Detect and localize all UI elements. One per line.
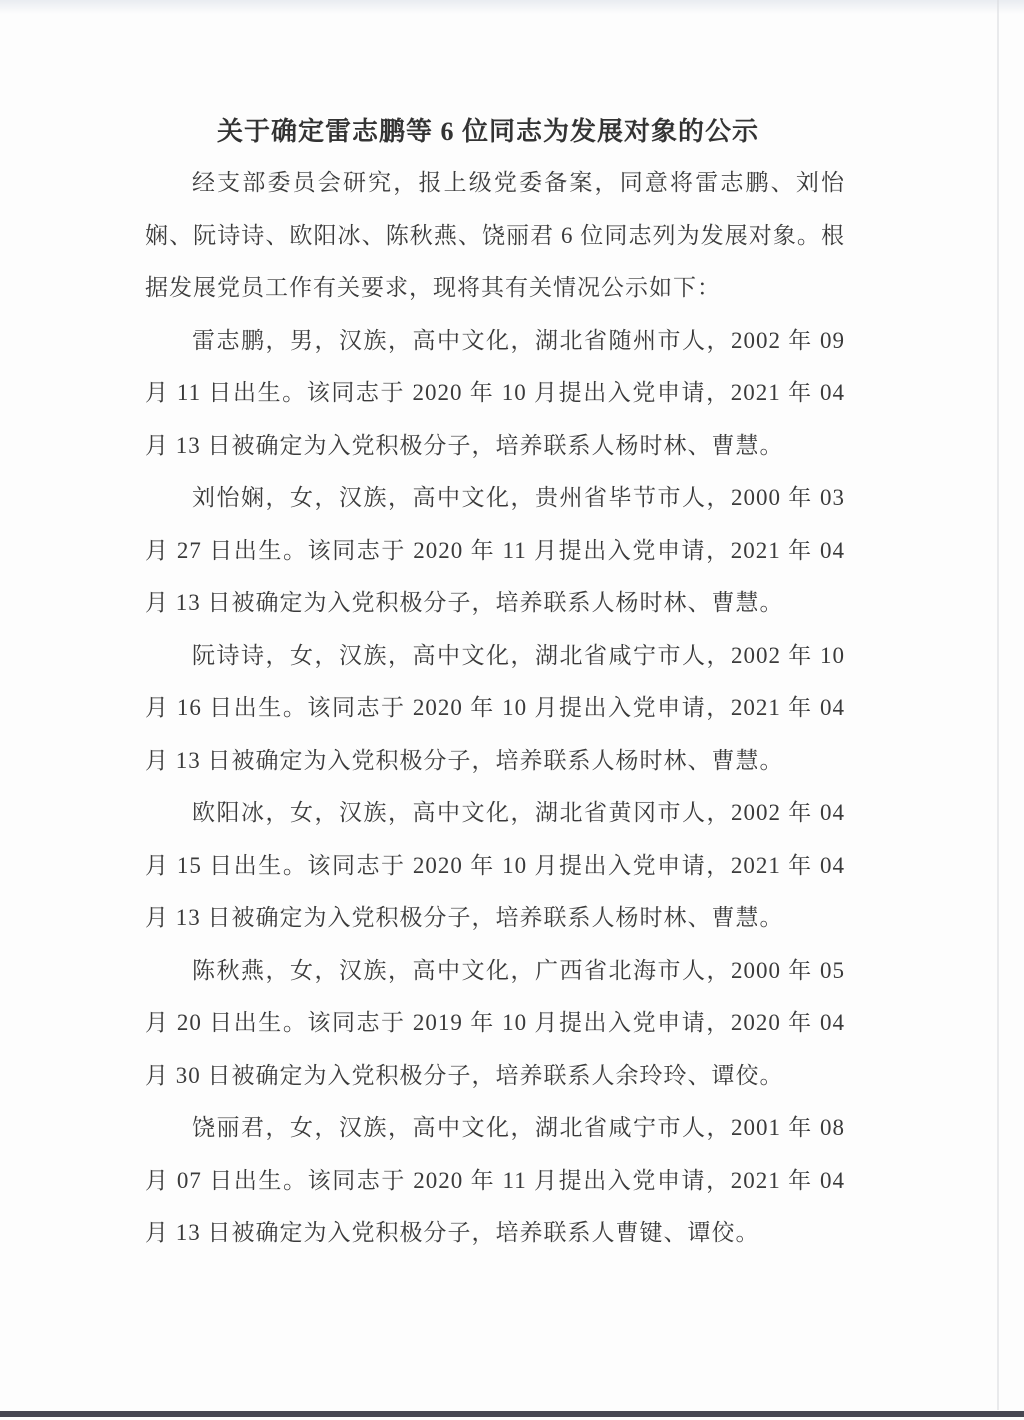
document-title: 关于确定雷志鹏等 6 位同志为发展对象的公示	[145, 116, 831, 148]
person-paragraph-5: 陈秋燕，女，汉族，高中文化，广西省北海市人，2000 年 05 月 20 日出生…	[145, 945, 845, 1103]
person-paragraph-4: 欧阳冰，女，汉族，高中文化，湖北省黄冈市人，2002 年 04 月 15 日出生…	[145, 787, 845, 945]
person-paragraph-6: 饶丽君，女，汉族，高中文化，湖北省咸宁市人，2001 年 08 月 07 日出生…	[145, 1102, 845, 1260]
scan-bottom-edge	[0, 1411, 1024, 1417]
document-body: 关于确定雷志鹏等 6 位同志为发展对象的公示 经支部委员会研究，报上级党委备案，…	[145, 116, 845, 1260]
person-paragraph-2: 刘怡娴，女，汉族，高中文化，贵州省毕节市人，2000 年 03 月 27 日出生…	[145, 472, 845, 630]
person-paragraph-1: 雷志鹏，男，汉族，高中文化，湖北省随州市人，2002 年 09 月 11 日出生…	[145, 315, 845, 473]
scanned-document-page: 关于确定雷志鹏等 6 位同志为发展对象的公示 经支部委员会研究，报上级党委备案，…	[0, 0, 1024, 1420]
scan-top-shadow	[0, 0, 1024, 14]
paper-edge-line	[997, 0, 999, 1410]
person-paragraph-3: 阮诗诗，女，汉族，高中文化，湖北省咸宁市人，2002 年 10 月 16 日出生…	[145, 630, 845, 788]
intro-paragraph: 经支部委员会研究，报上级党委备案，同意将雷志鹏、刘怡娴、阮诗诗、欧阳冰、陈秋燕、…	[145, 157, 845, 315]
